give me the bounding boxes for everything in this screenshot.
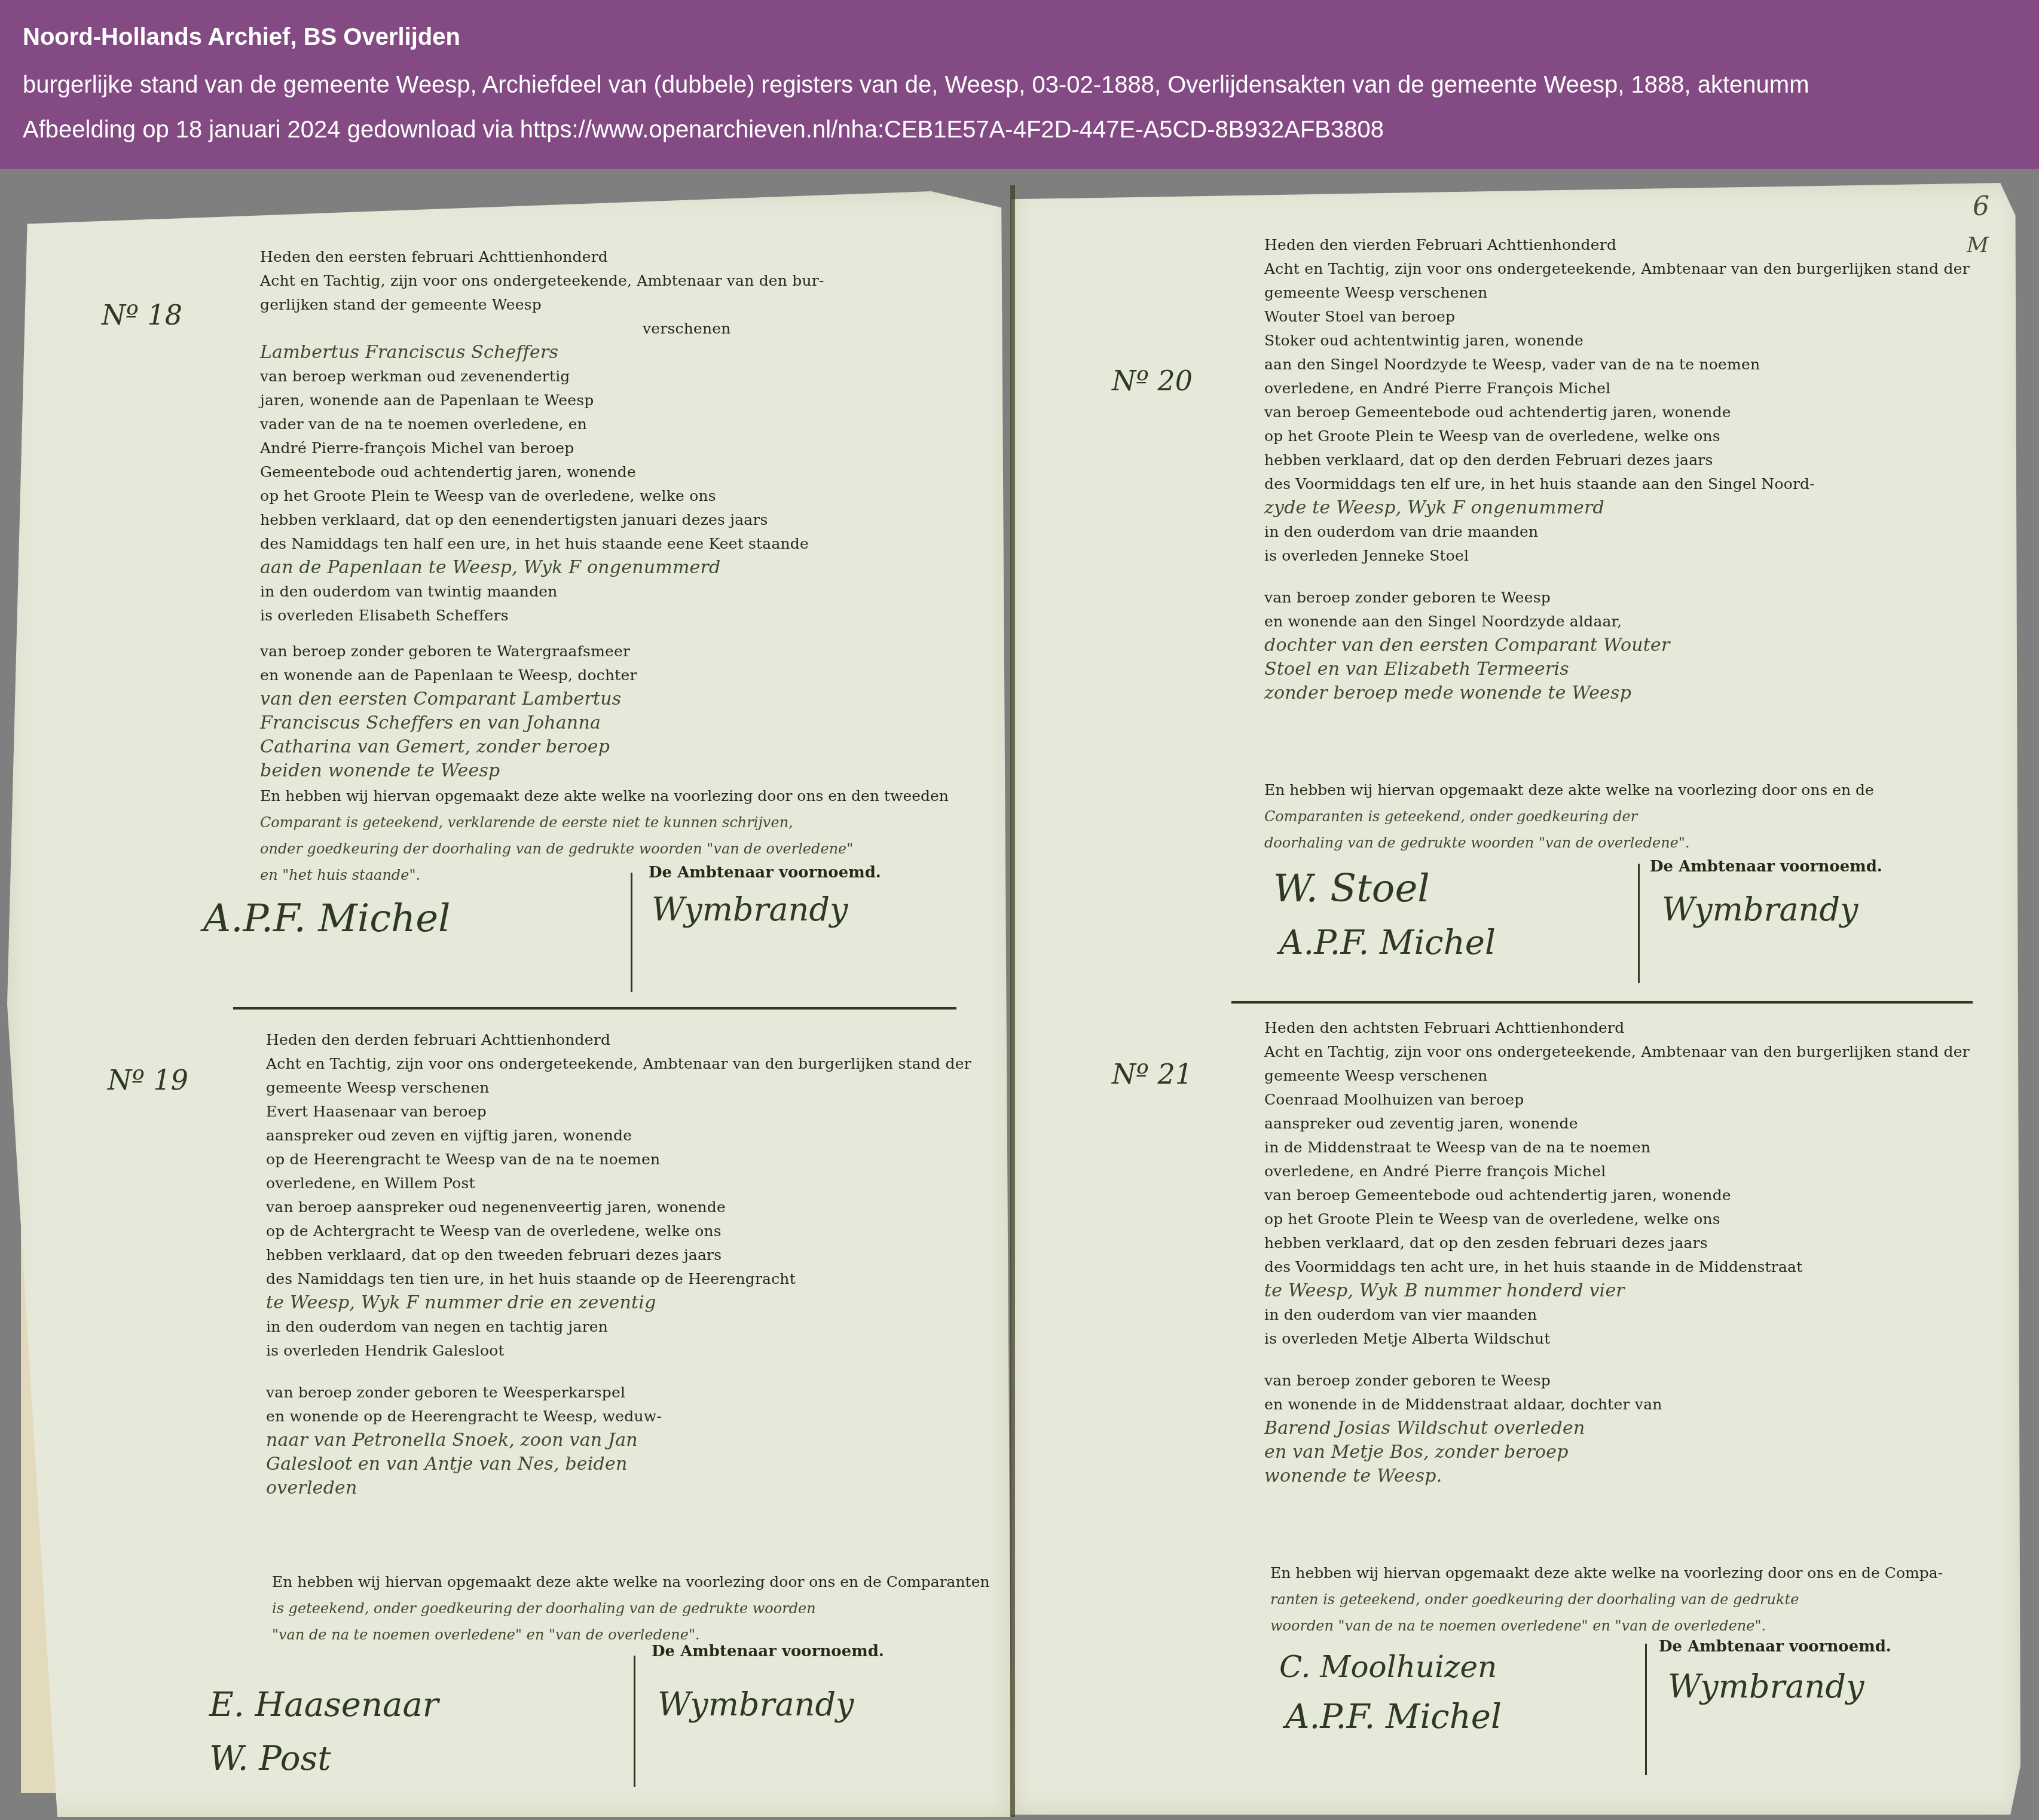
record-line: Stoker oud achtentwintig jaren, wonende bbox=[1264, 329, 1982, 353]
record-line: Acht en Tachtig, zijn voor ons ondergete… bbox=[260, 269, 965, 293]
signature-haasenaar: E. Haasenaar bbox=[209, 1686, 439, 1724]
closing-line: ranten is geteekend, onder goedkeuring d… bbox=[1270, 1586, 2006, 1613]
signature-divider bbox=[634, 1656, 635, 1787]
closing-line: En hebben wij hiervan opgemaakt deze akt… bbox=[260, 783, 977, 809]
closing-statement-19: En hebben wij hiervan opgemaakt deze akt… bbox=[272, 1569, 1001, 1648]
archive-info-banner: Noord-Hollands Archief, BS Overlijden bu… bbox=[0, 0, 2039, 169]
record-line: Heden den achtsten Februari Achttienhond… bbox=[1264, 1016, 1988, 1040]
record-line: en wonende aan de Papenlaan te Weesp, do… bbox=[260, 663, 965, 687]
record-line: Acht en Tachtig, zijn voor ons ondergete… bbox=[1264, 1040, 1988, 1064]
book-gutter bbox=[1010, 185, 1015, 1817]
closing-line: En hebben wij hiervan opgemaakt deze akt… bbox=[1270, 1560, 2006, 1586]
record-line: hebben verklaard, dat op den zesden febr… bbox=[1264, 1231, 1988, 1255]
record-line: op het Groote Plein te Weesp van de over… bbox=[1264, 424, 1982, 448]
closing-line: doorhaling van de gedrukte woorden "van … bbox=[1264, 830, 2000, 856]
signature-moolhuizen: C. Moolhuizen bbox=[1279, 1650, 1497, 1684]
death-record-18: Heden den eersten februari Achttienhonde… bbox=[260, 245, 965, 783]
record-line: Evert Haasenaar van beroep bbox=[266, 1100, 971, 1124]
record-line: Lambertus Franciscus Scheffers bbox=[260, 341, 965, 365]
record-line: des Voormiddags ten elf ure, in het huis… bbox=[1264, 472, 1982, 496]
ambtenaar-label: De Ambtenaar voornoemd. bbox=[652, 1642, 884, 1660]
record-line: overledene, en André Pierre François Mic… bbox=[1264, 377, 1982, 400]
record-line: Acht en Tachtig, zijn voor ons ondergete… bbox=[266, 1052, 971, 1076]
entry-number: Nº 19 bbox=[108, 1064, 188, 1096]
closing-statement-21: En hebben wij hiervan opgemaakt deze akt… bbox=[1270, 1560, 2006, 1639]
record-line: André Pierre-françois Michel van beroep bbox=[260, 436, 965, 460]
record-line: in den ouderdom van twintig maanden bbox=[260, 580, 965, 604]
record-line: in de Middenstraat te Weesp van de na te… bbox=[1264, 1136, 1988, 1160]
record-line: op het Groote Plein te Weesp van de over… bbox=[260, 484, 965, 508]
closing-line: onder goedkeuring der doorhaling van de … bbox=[260, 836, 977, 862]
signature-ambtenaar: Wymbrandy bbox=[652, 891, 848, 928]
record-line: in den ouderdom van vier maanden bbox=[1264, 1303, 1988, 1327]
record-line: te Weesp, Wyk F nummer drie en zeventig bbox=[266, 1291, 971, 1315]
record-line: van beroep zonder geboren te Weesp bbox=[1264, 586, 1982, 610]
record-line: Gemeentebode oud achtendertig jaren, won… bbox=[260, 460, 965, 484]
record-line: in den ouderdom van negen en tachtig jar… bbox=[266, 1315, 971, 1339]
record-line: Catharina van Gemert, zonder beroep bbox=[260, 735, 965, 759]
record-line: hebben verklaard, dat op den tweeden feb… bbox=[266, 1243, 971, 1267]
record-line: en wonende in de Middenstraat aldaar, do… bbox=[1264, 1393, 1988, 1417]
signature-stoel: W. Stoel bbox=[1273, 867, 1430, 911]
record-line: Barend Josias Wildschut overleden bbox=[1264, 1417, 1988, 1440]
record-line: zonder beroep mede wonende te Weesp bbox=[1264, 681, 1982, 705]
entry-number: Nº 21 bbox=[1112, 1058, 1193, 1090]
record-line: Heden den derden februari Achttienhonder… bbox=[266, 1028, 971, 1052]
record-line: van beroep aanspreker oud negenenveertig… bbox=[266, 1195, 971, 1219]
record-line: hebben verklaard, dat op den eenendertig… bbox=[260, 508, 965, 532]
entry-separator bbox=[1231, 1001, 1973, 1004]
signature-divider bbox=[1645, 1644, 1647, 1775]
record-line: dochter van den eersten Comparant Wouter bbox=[1264, 634, 1982, 657]
page-number: 6 bbox=[1973, 191, 1989, 222]
record-line: overledene, en Willem Post bbox=[266, 1171, 971, 1195]
signature-ambtenaar: Wymbrandy bbox=[658, 1686, 854, 1723]
closing-line: En hebben wij hiervan opgemaakt deze akt… bbox=[1264, 777, 2000, 803]
record-line: vader van de na te noemen overledene, en bbox=[260, 412, 965, 436]
record-line: Coenraad Moolhuizen van beroep bbox=[1264, 1088, 1988, 1112]
closing-line: Comparanten is geteekend, onder goedkeur… bbox=[1264, 803, 2000, 830]
closing-line: "van de na te noemen overledene" en "van… bbox=[272, 1622, 1001, 1648]
closing-line: En hebben wij hiervan opgemaakt deze akt… bbox=[272, 1569, 1001, 1595]
record-line: Franciscus Scheffers en van Johanna bbox=[260, 711, 965, 735]
record-line: en wonende op de Heerengracht te Weesp, … bbox=[266, 1405, 971, 1429]
record-line: aan de Papenlaan te Weesp, Wyk F ongenum… bbox=[260, 556, 965, 580]
record-line: Heden den vierden Februari Achttienhonde… bbox=[1264, 233, 1982, 257]
record-line: van beroep Gemeentebode oud achtendertig… bbox=[1264, 400, 1982, 424]
entry-number: Nº 20 bbox=[1112, 365, 1193, 397]
signature-michel: A.P.F. Michel bbox=[1285, 1697, 1502, 1736]
record-line: is overleden Hendrik Galesloot bbox=[266, 1339, 971, 1363]
record-line: gemeente Weesp verschenen bbox=[1264, 281, 1982, 305]
record-line: is overleden Jenneke Stoel bbox=[1264, 544, 1982, 568]
death-record-21: Heden den achtsten Februari Achttienhond… bbox=[1264, 1016, 1988, 1488]
signature-ambtenaar: Wymbrandy bbox=[1668, 1668, 1864, 1705]
download-note: Afbeelding op 18 januari 2024 gedownload… bbox=[23, 117, 1384, 143]
record-line: overleden bbox=[266, 1476, 971, 1500]
record-line: van beroep zonder geboren te Weesperkars… bbox=[266, 1381, 971, 1405]
record-line: te Weesp, Wyk B nummer honderd vier bbox=[1264, 1279, 1988, 1303]
record-line: gerlijken stand der gemeente Weesp bbox=[260, 293, 965, 317]
record-line: Heden den eersten februari Achttienhonde… bbox=[260, 245, 965, 269]
record-line: des Namiddags ten half een ure, in het h… bbox=[260, 532, 965, 556]
record-line: is overleden Elisabeth Scheffers bbox=[260, 604, 965, 628]
record-line: zyde te Weesp, Wyk F ongenummerd bbox=[1264, 496, 1982, 520]
record-line: des Namiddags ten tien ure, in het huis … bbox=[266, 1267, 971, 1291]
record-description: burgerlijke stand van de gemeente Weesp,… bbox=[23, 72, 1809, 99]
closing-line: is geteekend, onder goedkeuring der door… bbox=[272, 1595, 1001, 1622]
record-line: verschenen bbox=[260, 317, 965, 341]
closing-line: Comparant is geteekend, verklarende de e… bbox=[260, 809, 977, 836]
record-line: jaren, wonende aan de Papenlaan te Weesp bbox=[260, 389, 965, 412]
signature-post: W. Post bbox=[209, 1739, 331, 1778]
record-line: aanspreker oud zeven en vijftig jaren, w… bbox=[266, 1124, 971, 1148]
record-line: en wonende aan den Singel Noordzyde alda… bbox=[1264, 610, 1982, 634]
record-line: van beroep zonder geboren te Weesp bbox=[1264, 1369, 1988, 1393]
record-line: wonende te Weesp. bbox=[1264, 1464, 1988, 1488]
record-line: overledene, en André Pierre françois Mic… bbox=[1264, 1160, 1988, 1183]
record-line: naar van Petronella Snoek, zoon van Jan bbox=[266, 1429, 971, 1452]
closing-statement-20: En hebben wij hiervan opgemaakt deze akt… bbox=[1264, 777, 2000, 856]
record-line: op het Groote Plein te Weesp van de over… bbox=[1264, 1207, 1988, 1231]
record-line: gemeente Weesp verschenen bbox=[266, 1076, 971, 1100]
record-line: en van Metje Bos, zonder beroep bbox=[1264, 1440, 1988, 1464]
entry-separator bbox=[233, 1007, 956, 1010]
signature-michel: A.P.F. Michel bbox=[1279, 923, 1496, 962]
record-line: aanspreker oud zeventig jaren, wonende bbox=[1264, 1112, 1988, 1136]
record-line: des Voormiddags ten acht ure, in het hui… bbox=[1264, 1255, 1988, 1279]
record-line: beiden wonende te Weesp bbox=[260, 759, 965, 783]
record-line: in den ouderdom van drie maanden bbox=[1264, 520, 1982, 544]
record-line: aan den Singel Noordzyde te Weesp, vader… bbox=[1264, 353, 1982, 377]
death-record-20: Heden den vierden Februari Achttienhonde… bbox=[1264, 233, 1982, 705]
entry-number: Nº 18 bbox=[102, 299, 182, 331]
ambtenaar-label: De Ambtenaar voornoemd. bbox=[1650, 858, 1882, 876]
ambtenaar-label: De Ambtenaar voornoemd. bbox=[1659, 1638, 1891, 1656]
archive-title: Noord-Hollands Archief, BS Overlijden bbox=[23, 24, 460, 51]
closing-line: woorden "van de na te noemen overledene"… bbox=[1270, 1613, 2006, 1639]
death-record-19: Heden den derden februari Achttienhonder… bbox=[266, 1028, 971, 1500]
record-line: Galesloot en van Antje van Nes, beiden bbox=[266, 1452, 971, 1476]
ambtenaar-label: De Ambtenaar voornoemd. bbox=[649, 864, 881, 882]
record-line: van beroep werkman oud zevenendertig bbox=[260, 365, 965, 389]
record-line: gemeente Weesp verschenen bbox=[1264, 1064, 1988, 1088]
record-line: Acht en Tachtig, zijn voor ons ondergete… bbox=[1264, 257, 1982, 281]
record-line: van beroep Gemeentebode oud achtendertig… bbox=[1264, 1183, 1988, 1207]
signature-divider bbox=[631, 873, 632, 992]
record-line: is overleden Metje Alberta Wildschut bbox=[1264, 1327, 1988, 1351]
record-line: hebben verklaard, dat op den derden Febr… bbox=[1264, 448, 1982, 472]
signature-ambtenaar: Wymbrandy bbox=[1662, 891, 1858, 928]
record-line: Stoel en van Elizabeth Termeeris bbox=[1264, 657, 1982, 681]
record-line: Wouter Stoel van beroep bbox=[1264, 305, 1982, 329]
record-line: op de Achtergracht te Weesp van de overl… bbox=[266, 1219, 971, 1243]
signature-divider bbox=[1638, 864, 1640, 983]
signature-michel: A.P.F. Michel bbox=[203, 897, 451, 941]
record-line: van beroep zonder geboren te Watergraafs… bbox=[260, 640, 965, 663]
record-line: op de Heerengracht te Weesp van de na te… bbox=[266, 1148, 971, 1171]
record-line: van den eersten Comparant Lambertus bbox=[260, 687, 965, 711]
